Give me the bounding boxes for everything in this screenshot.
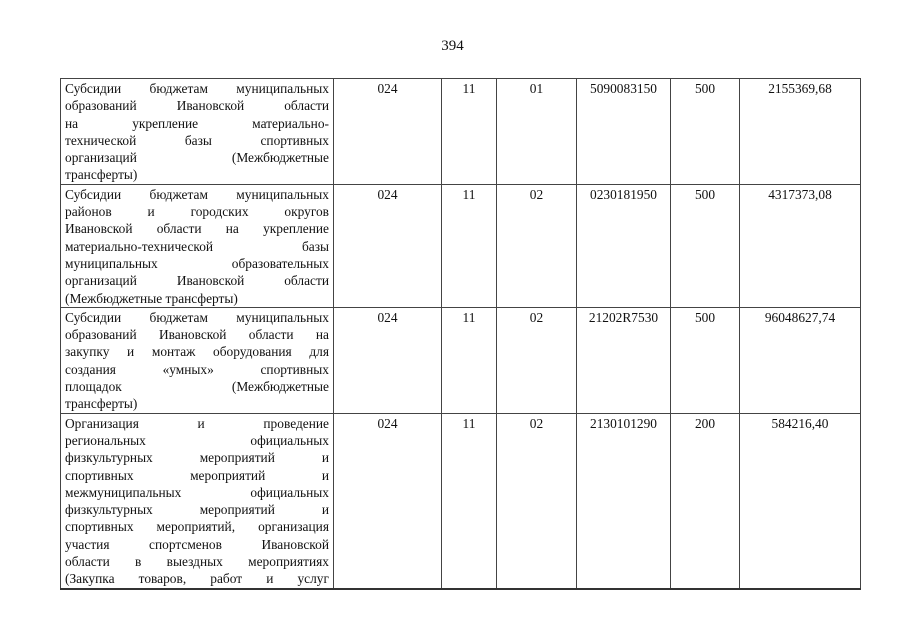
description-cell: Субсидии бюджетам муниципальныхобразован… xyxy=(61,307,334,413)
description-cell: Организация и проведениерегиональных офи… xyxy=(61,413,334,588)
page-number: 394 xyxy=(0,38,905,55)
description-line: спортивных мероприятий, организация xyxy=(65,518,329,535)
target-article-cell: 2130101290 xyxy=(577,413,671,588)
description-line: Ивановской области на укрепление xyxy=(65,220,329,237)
target-article-cell: 21202R7530 xyxy=(577,307,671,413)
description-line: технической базы спортивных xyxy=(65,132,329,149)
ministry-code-cell: 024 xyxy=(334,184,442,307)
table-row: Организация и проведениерегиональных офи… xyxy=(61,413,861,588)
budget-table: Субсидии бюджетам муниципальныхобразован… xyxy=(60,78,861,590)
description-line: участия спортсменов Ивановской xyxy=(65,536,329,553)
description-line: региональных официальных xyxy=(65,432,329,449)
ministry-code-cell: 024 xyxy=(334,307,442,413)
description-line: организаций Ивановской области xyxy=(65,272,329,289)
expense-type-cell: 500 xyxy=(671,79,740,185)
ministry-code-cell: 024 xyxy=(334,413,442,588)
description-line: (Закупка товаров, работ и услуг xyxy=(65,570,329,587)
description-line: районов и городских округов xyxy=(65,203,329,220)
description-line: закупку и монтаж оборудования для xyxy=(65,343,329,360)
description-line: Организация и проведение xyxy=(65,415,329,432)
subsection-cell: 02 xyxy=(497,413,577,588)
description-line: спортивных мероприятий и xyxy=(65,467,329,484)
description-line: муниципальных образовательных xyxy=(65,255,329,272)
subsection-cell: 01 xyxy=(497,79,577,185)
description-line: организаций (Межбюджетные xyxy=(65,149,329,166)
description-line: физкультурных мероприятий и xyxy=(65,501,329,518)
description-line: Субсидии бюджетам муниципальных xyxy=(65,80,329,97)
amount-cell: 96048627,74 xyxy=(740,307,861,413)
description-line: трансферты) xyxy=(65,166,329,183)
expense-type-cell: 500 xyxy=(671,184,740,307)
description-line: (Межбюджетные трансферты) xyxy=(65,290,329,307)
description-line: Субсидии бюджетам муниципальных xyxy=(65,309,329,326)
description-line: на укрепление материально- xyxy=(65,115,329,132)
target-article-cell: 0230181950 xyxy=(577,184,671,307)
section-cell: 11 xyxy=(442,184,497,307)
amount-cell: 2155369,68 xyxy=(740,79,861,185)
description-line: физкультурных мероприятий и xyxy=(65,449,329,466)
amount-cell: 584216,40 xyxy=(740,413,861,588)
section-cell: 11 xyxy=(442,307,497,413)
description-line: материально-технической базы xyxy=(65,238,329,255)
description-line: Субсидии бюджетам муниципальных xyxy=(65,186,329,203)
description-cell: Субсидии бюджетам муниципальныхрайонов и… xyxy=(61,184,334,307)
table-row: Субсидии бюджетам муниципальныхобразован… xyxy=(61,79,861,185)
ministry-code-cell: 024 xyxy=(334,79,442,185)
expense-type-cell: 500 xyxy=(671,307,740,413)
amount-cell: 4317373,08 xyxy=(740,184,861,307)
description-line: области в выездных мероприятиях xyxy=(65,553,329,570)
description-line: трансферты) xyxy=(65,395,329,412)
description-line: создания «умных» спортивных xyxy=(65,361,329,378)
description-line: площадок (Межбюджетные xyxy=(65,378,329,395)
section-cell: 11 xyxy=(442,413,497,588)
description-line: образований Ивановской области на xyxy=(65,326,329,343)
description-cell: Субсидии бюджетам муниципальныхобразован… xyxy=(61,79,334,185)
table-row: Субсидии бюджетам муниципальныхобразован… xyxy=(61,307,861,413)
description-line: образований Ивановской области xyxy=(65,97,329,114)
subsection-cell: 02 xyxy=(497,184,577,307)
table-row: Субсидии бюджетам муниципальныхрайонов и… xyxy=(61,184,861,307)
description-line: межмуниципальных официальных xyxy=(65,484,329,501)
subsection-cell: 02 xyxy=(497,307,577,413)
section-cell: 11 xyxy=(442,79,497,185)
target-article-cell: 5090083150 xyxy=(577,79,671,185)
expense-type-cell: 200 xyxy=(671,413,740,588)
